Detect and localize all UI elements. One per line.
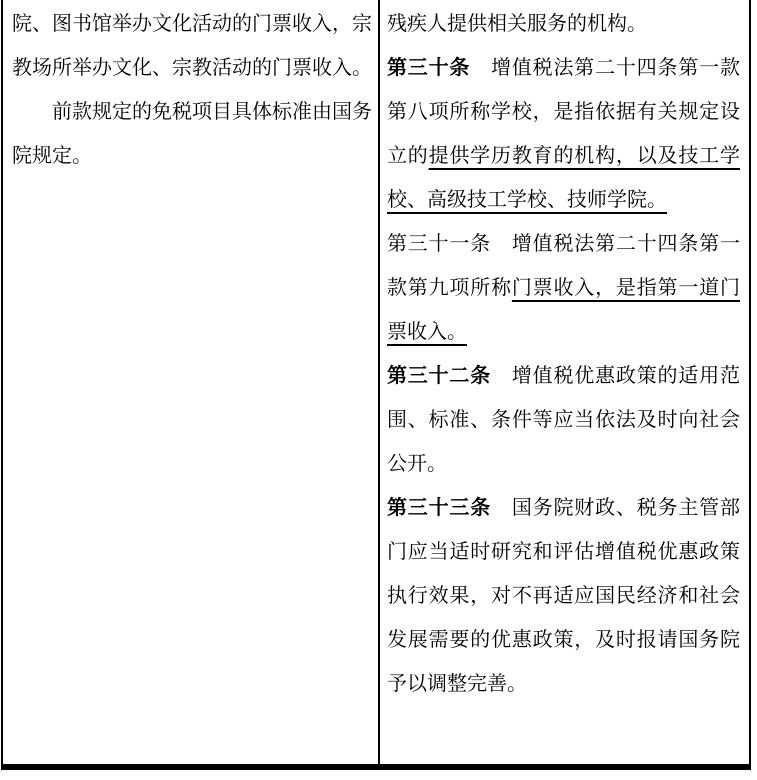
text-run: 国务院财政、税务主管部 — [512, 497, 740, 519]
text-line: 教场所举办文化、宗教活动的门票收入。 — [12, 46, 372, 90]
text-run — [470, 57, 491, 79]
text-line: 第三十一条 增值税法第二十四条第一 — [387, 222, 740, 266]
text-run: 执行效果，对不再适应国民经济和社会 — [387, 585, 740, 607]
text-run: 院、图书馆举办文化活动的门票收入，宗 — [12, 13, 372, 35]
text-line: 院、图书馆举办文化活动的门票收入，宗 — [12, 2, 372, 46]
text-run: 增值税法第二十四条第一 — [512, 233, 740, 255]
text-run: 发展需要的优惠政策，及时报请国务院 — [387, 629, 740, 651]
text-run: 第三十一条 — [387, 233, 491, 255]
text-line: 校、高级技工学校、技师学院。 — [387, 178, 740, 222]
text-run: 款第九项所称 — [387, 277, 512, 299]
text-run: 第八项所称学校，是指依据有关规定设 — [387, 101, 740, 123]
right-column-cell: 残疾人提供相关服务的机构。第三十条 增值税法第二十四条第一款第八项所称学校，是指… — [380, 0, 749, 764]
text-run: 门应当适时研究和评估增值税优惠政策 — [387, 541, 740, 563]
text-run: 残疾人提供相关服务的机构。 — [387, 13, 647, 35]
text-line: 款第九项所称门票收入，是指第一道门 — [387, 266, 740, 310]
text-run: 围、标准、条件等应当依法及时向社会 — [387, 409, 740, 431]
text-run: 院规定。 — [12, 145, 92, 167]
document-table: 院、图书馆举办文化活动的门票收入，宗教场所举办文化、宗教活动的门票收入。 前款规… — [1, 0, 751, 770]
text-run — [491, 365, 512, 387]
text-run: 教场所举办文化、宗教活动的门票收入。 — [12, 57, 372, 79]
left-column-cell: 院、图书馆举办文化活动的门票收入，宗教场所举办文化、宗教活动的门票收入。 前款规… — [3, 0, 380, 764]
text-run: 予以调整完善。 — [387, 673, 527, 695]
text-line: 院规定。 — [12, 134, 372, 178]
underlined-text-run: 提供学历教育的机构，以及技工学 — [429, 145, 740, 167]
text-line: 围、标准、条件等应当依法及时向社会 — [387, 398, 740, 442]
text-run: 增值税法第二十四条第一款 — [491, 57, 740, 79]
text-run: 立的 — [387, 145, 429, 167]
article-number-text-run: 第三十三条 — [387, 497, 491, 519]
text-line: 发展需要的优惠政策，及时报请国务院 — [387, 618, 740, 662]
text-line: 第八项所称学校，是指依据有关规定设 — [387, 90, 740, 134]
underlined-text-run: 票收入。 — [387, 321, 467, 343]
text-line: 前款规定的免税项目具体标准由国务 — [12, 90, 372, 134]
underlined-text-run: 校、高级技工学校、技师学院。 — [387, 189, 667, 211]
text-line: 门应当适时研究和评估增值税优惠政策 — [387, 530, 740, 574]
text-run: 公开。 — [387, 453, 447, 475]
text-line: 公开。 — [387, 442, 740, 486]
underlined-text-run: 门票收入，是指第一道门 — [512, 277, 740, 299]
text-line: 执行效果，对不再适应国民经济和社会 — [387, 574, 740, 618]
text-run: 增值税优惠政策的适用范 — [512, 365, 740, 387]
text-line: 第三十条 增值税法第二十四条第一款 — [387, 46, 740, 90]
article-number-text-run: 第三十条 — [387, 57, 470, 79]
text-run — [491, 233, 512, 255]
text-line: 第三十三条 国务院财政、税务主管部 — [387, 486, 740, 530]
article-number-text-run: 第三十二条 — [387, 365, 491, 387]
document-page: 院、图书馆举办文化活动的门票收入，宗教场所举办文化、宗教活动的门票收入。 前款规… — [0, 0, 757, 780]
text-line: 票收入。 — [387, 310, 740, 354]
text-run: 前款规定的免税项目具体标准由国务 — [12, 101, 372, 123]
text-line: 立的提供学历教育的机构，以及技工学 — [387, 134, 740, 178]
text-line: 第三十二条 增值税优惠政策的适用范 — [387, 354, 740, 398]
text-run — [491, 497, 512, 519]
text-line: 残疾人提供相关服务的机构。 — [387, 2, 740, 46]
text-line: 予以调整完善。 — [387, 662, 740, 706]
